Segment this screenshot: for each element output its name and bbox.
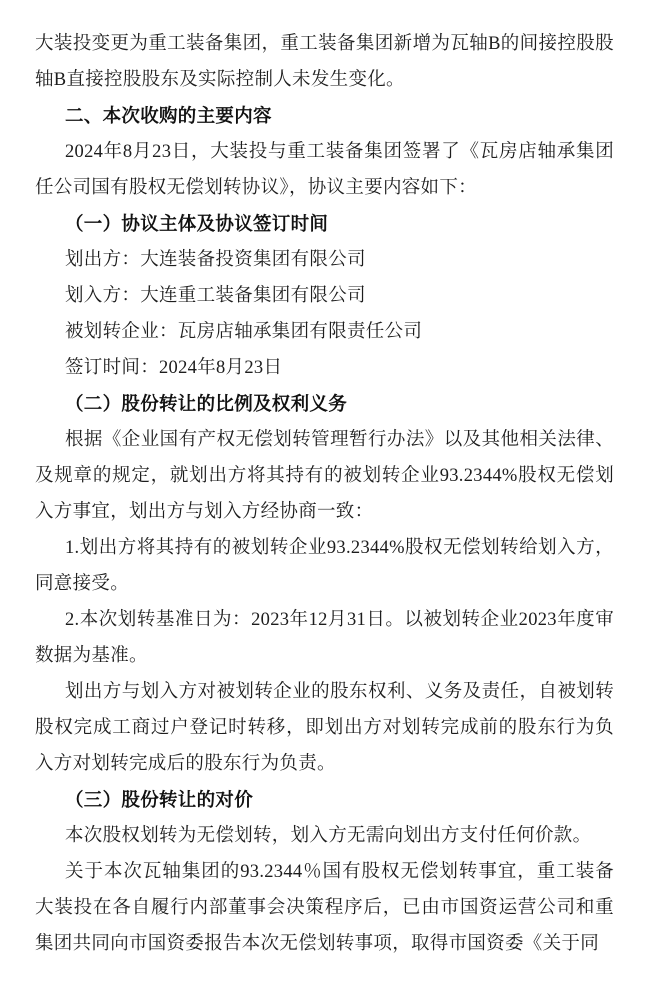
paragraph: 签订时间：2024年8月23日 <box>35 350 614 386</box>
body-text-line: 1.划出方将其持有的被划转企业93.2344%股权无偿划转给划入方，划入方 <box>35 530 614 566</box>
document-page: 大装投变更为重工装备集团，重工装备集团新增为瓦轴B的间接控股股东，瓦轴B直接控股… <box>0 0 649 992</box>
paragraph: 划出方与划入方对被划转企业的股东权利、义务及责任，自被划转企业股权完成工商过户登… <box>35 674 614 782</box>
heading-text-line: （二）股份转让的比例及权利义务 <box>35 386 614 422</box>
paragraph: 大装投变更为重工装备集团，重工装备集团新增为瓦轴B的间接控股股东，瓦轴B直接控股… <box>35 26 614 98</box>
body-text-line: 及规章的规定，就划出方将其持有的被划转企业93.2344%股权无偿划转给划 <box>35 458 614 494</box>
body-text-line: 大装投变更为重工装备集团，重工装备集团新增为瓦轴B的间接控股股东，瓦 <box>35 26 614 62</box>
section-heading: （一）协议主体及协议签订时间 <box>35 206 614 242</box>
section-heading: 二、本次收购的主要内容 <box>35 98 614 134</box>
body-text-line: 本次股权划转为无偿划转，划入方无需向划出方支付任何价款。 <box>35 818 614 854</box>
body-text-line: 数据为基准。 <box>35 638 614 674</box>
body-text-line: 2.本次划转基准日为：2023年12月31日。以被划转企业2023年度审计报告 <box>35 602 614 638</box>
paragraph: 本次股权划转为无偿划转，划入方无需向划出方支付任何价款。 <box>35 818 614 854</box>
body-text-line: 根据《企业国有产权无偿划转管理暂行办法》以及其他相关法律、法规 <box>35 422 614 458</box>
body-text-line: 划入方：大连重工装备集团有限公司 <box>35 278 614 314</box>
body-text-line: 签订时间：2024年8月23日 <box>35 350 614 386</box>
body-text-line: 大装投在各自履行内部董事会决策程序后，已由市国资运营公司和重工装备 <box>35 890 614 926</box>
body-text-line: 股权完成工商过户登记时转移，即划出方对划转完成前的股东行为负责，划 <box>35 710 614 746</box>
section-heading: （二）股份转让的比例及权利义务 <box>35 386 614 422</box>
document-body: 大装投变更为重工装备集团，重工装备集团新增为瓦轴B的间接控股股东，瓦轴B直接控股… <box>0 0 649 962</box>
paragraph: 划出方：大连装备投资集团有限公司 <box>35 242 614 278</box>
body-text-line: 轴B直接控股股东及实际控制人未发生变化。 <box>35 62 614 98</box>
body-text-line: 同意接受。 <box>35 566 614 602</box>
paragraph: 2.本次划转基准日为：2023年12月31日。以被划转企业2023年度审计报告数… <box>35 602 614 674</box>
paragraph: 根据《企业国有产权无偿划转管理暂行办法》以及其他相关法律、法规及规章的规定，就划… <box>35 422 614 530</box>
body-text-line: 划出方与划入方对被划转企业的股东权利、义务及责任，自被划转企业 <box>35 674 614 710</box>
body-text-line: 入方对划转完成后的股东行为负责。 <box>35 746 614 782</box>
heading-text-line: （一）协议主体及协议签订时间 <box>35 206 614 242</box>
heading-text-line: （三）股份转让的对价 <box>35 782 614 818</box>
body-text-line: 被划转企业：瓦房店轴承集团有限责任公司 <box>35 314 614 350</box>
body-text-line: 关于本次瓦轴集团的93.2344％国有股权无偿划转事宜，重工装备集团、 <box>35 854 614 890</box>
body-text-line: 任公司国有股权无偿划转协议》，协议主要内容如下： <box>35 170 614 206</box>
paragraph: 1.划出方将其持有的被划转企业93.2344%股权无偿划转给划入方，划入方同意接… <box>35 530 614 602</box>
body-text-line: 入方事宜，划出方与划入方经协商一致： <box>35 494 614 530</box>
paragraph: 划入方：大连重工装备集团有限公司 <box>35 278 614 314</box>
paragraph: 被划转企业：瓦房店轴承集团有限责任公司 <box>35 314 614 350</box>
paragraph: 关于本次瓦轴集团的93.2344％国有股权无偿划转事宜，重工装备集团、大装投在各… <box>35 854 614 962</box>
body-text-line: 划出方：大连装备投资集团有限公司 <box>35 242 614 278</box>
paragraph: 2024年8月23日，大装投与重工装备集团签署了《瓦房店轴承集团有限责任公司国有… <box>35 134 614 206</box>
heading-text-line: 二、本次收购的主要内容 <box>35 98 614 134</box>
section-heading: （三）股份转让的对价 <box>35 782 614 818</box>
body-text-line: 集团共同向市国资委报告本次无偿划转事项，取得市国资委《关于同意无偿 <box>35 926 614 962</box>
body-text-line: 2024年8月23日，大装投与重工装备集团签署了《瓦房店轴承集团有限责 <box>35 134 614 170</box>
